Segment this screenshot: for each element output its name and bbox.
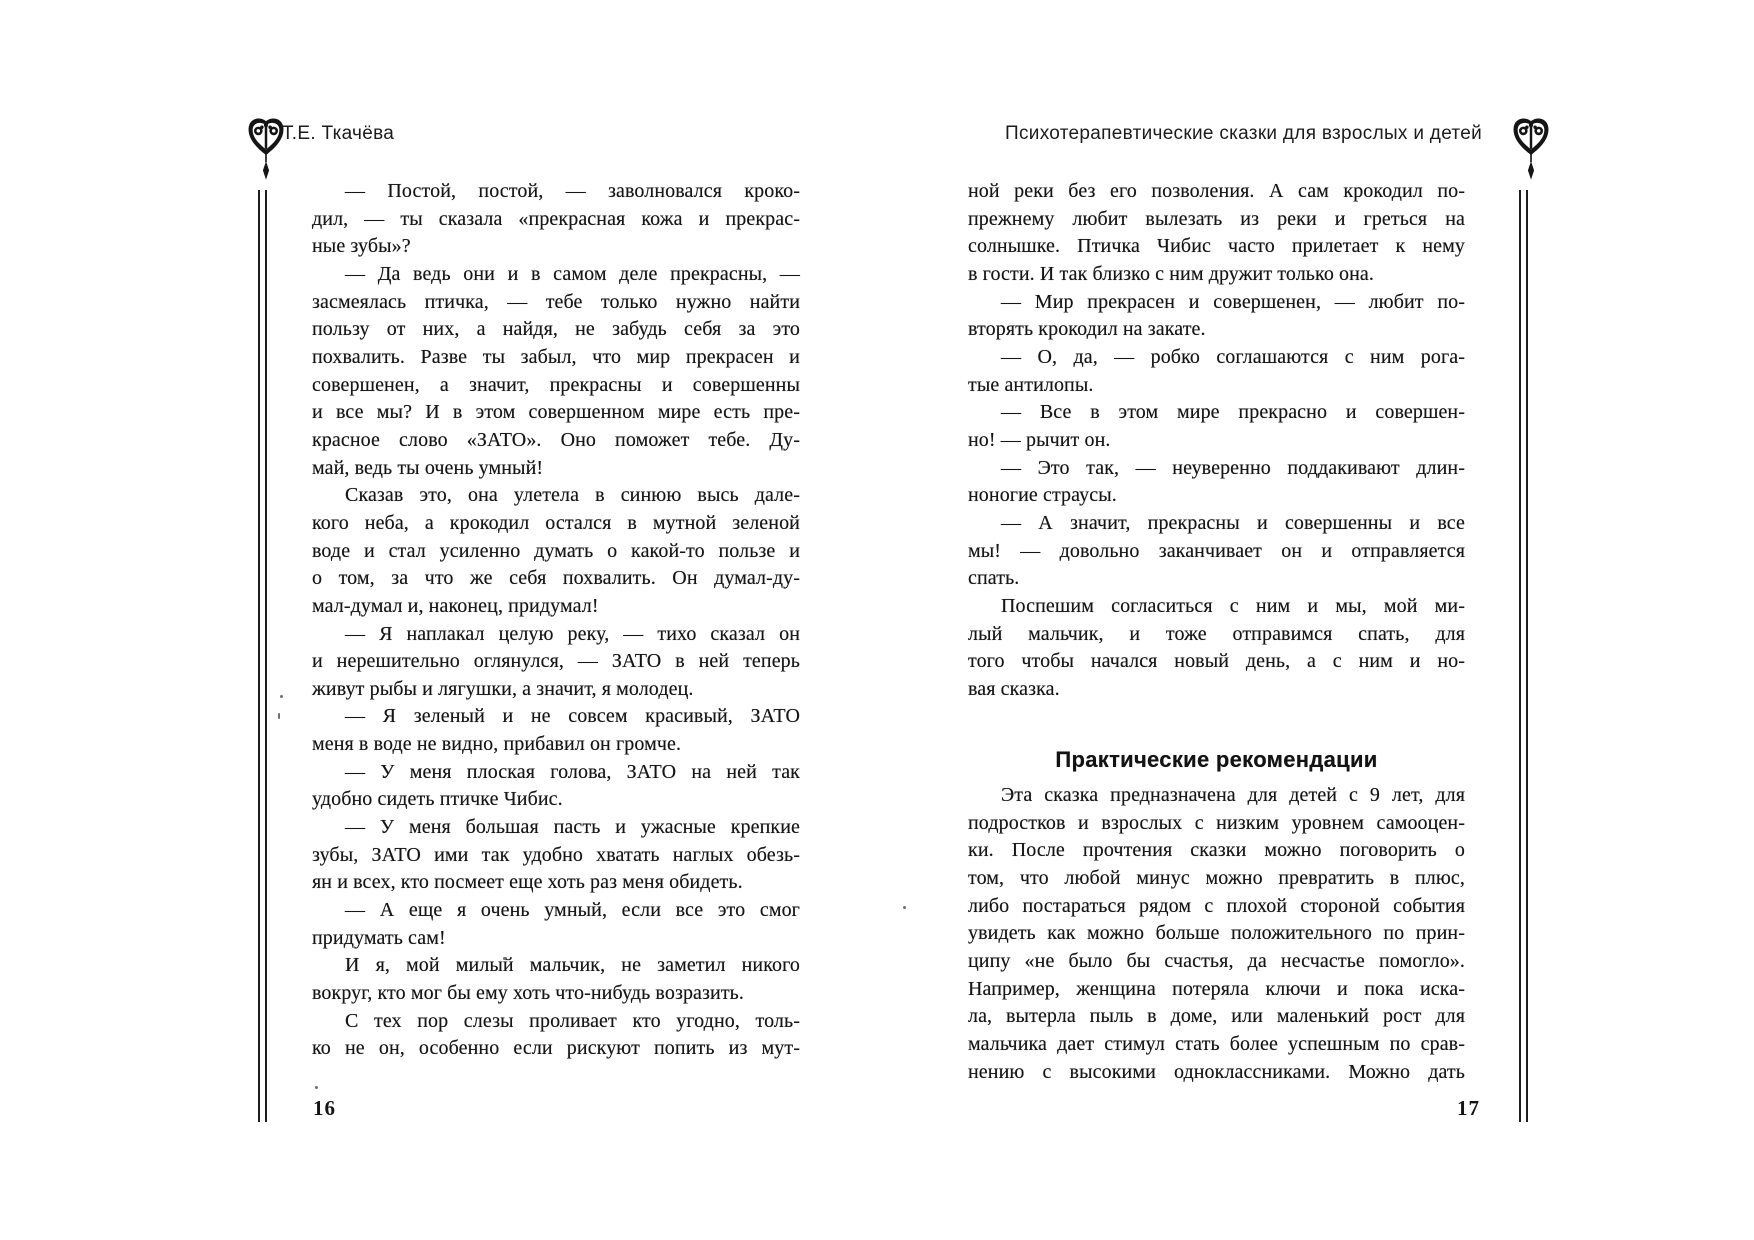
scan-speck (280, 695, 283, 698)
text-line: прежнему любит вылезать из реки и гретьс… (968, 206, 1465, 234)
text-line: май, ведь ты очень умный! (312, 455, 800, 483)
text-line: ной реки без его позволения. А сам кроко… (968, 178, 1465, 206)
text-line: вторять крокодил на закате. (968, 316, 1465, 344)
text-line: придумать сам! (312, 925, 800, 953)
text-line: красное слово «ЗАТО». Оно поможет тебе. … (312, 427, 800, 455)
left-running-header: Т.Е. Ткачёва (282, 123, 394, 145)
text-line: в гости. И так близко с ним дружит тольк… (968, 261, 1465, 289)
text-line: — Мир прекрасен и совершенен, — любит по… (968, 289, 1465, 317)
right-page-tale-body: ной реки без его позволения. А сам кроко… (968, 178, 1465, 703)
text-line: лый мальчик, и тоже отправимся спать, дл… (968, 621, 1465, 649)
text-line: — Это так, — неуверенно поддакивают длин… (968, 455, 1465, 483)
text-line: вая сказка. (968, 676, 1465, 704)
text-line: нению с высокими одноклассниками. Можно … (968, 1059, 1465, 1087)
text-line: ко не он, особенно если рискуют попить и… (312, 1035, 800, 1063)
text-line: зубы, ЗАТО ими так удобно хватать наглых… (312, 842, 800, 870)
text-line: С тех пор слезы проливает кто угодно, то… (312, 1008, 800, 1036)
text-line: вокруг, кто мог бы ему хоть что-нибудь в… (312, 980, 800, 1008)
text-line: ципу «не было бы счастья, да несчастье п… (968, 948, 1465, 976)
text-line: ки. После прочтения сказки можно поговор… (968, 837, 1465, 865)
text-line: И я, мой милый мальчик, не заметил никог… (312, 952, 800, 980)
text-line: живут рыбы и лягушки, а значит, я молоде… (312, 676, 800, 704)
text-line: ные зубы»? (312, 233, 800, 261)
text-line: — О, да, — робко соглашаются с ним рога- (968, 344, 1465, 372)
text-line: мальчика дает стимул стать более успешны… (968, 1031, 1465, 1059)
text-line: мы! — довольно заканчивает он и отправля… (968, 538, 1465, 566)
text-line: тые антилопы. (968, 372, 1465, 400)
text-line: Например, женщина потеряла ключи и пока … (968, 976, 1465, 1004)
text-line: — Да ведь они и в самом деле прекрасны, … (312, 261, 800, 289)
text-line: засмеялась птичка, — тебе только нужно н… (312, 289, 800, 317)
text-line: подростков и взрослых с низким уровнем с… (968, 810, 1465, 838)
text-line: Поспешим согласиться с ним и мы, мой ми- (968, 593, 1465, 621)
text-line: Эта сказка предназначена для детей с 9 л… (968, 782, 1465, 810)
right-running-header: Психотерапевтические сказки для взрослых… (1005, 123, 1482, 145)
text-line: либо постараться рядом с плохой стороной… (968, 893, 1465, 921)
text-line: меня в воде не видно, прибавил он громче… (312, 731, 800, 759)
text-line: о том, за что же себя похвалить. Он дума… (312, 565, 800, 593)
text-line: — Все в этом мире прекрасно и совершен- (968, 399, 1465, 427)
text-line: того чтобы начался новый день, а с ним и… (968, 648, 1465, 676)
text-line: — А значит, прекрасны и совершенны и все (968, 510, 1465, 538)
scan-speck (278, 713, 280, 719)
scan-speck (903, 906, 906, 909)
left-page-body: — Постой, постой, — заволновался кроко-д… (312, 178, 800, 1063)
text-line: дил, — ты сказала «прекрасная кожа и пре… (312, 206, 800, 234)
text-line: солнышке. Птичка Чибис часто прилетает к… (968, 233, 1465, 261)
text-line: том, что любой минус можно превратить в … (968, 865, 1465, 893)
text-line: пользу от них, а найдя, не забудь себя з… (312, 316, 800, 344)
text-line: ян и всех, кто посмеет еще хоть раз меня… (312, 869, 800, 897)
right-page-number: 17 (1457, 1096, 1480, 1121)
fleuron-icon (1510, 116, 1552, 192)
fleuron-icon (245, 116, 287, 192)
text-line: кого неба, а крокодил остался в мутной з… (312, 510, 800, 538)
text-line: — Я наплакал целую реку, — тихо сказал о… (312, 621, 800, 649)
text-line: и нерешительно оглянулся, — ЗАТО в ней т… (312, 648, 800, 676)
text-line: мал-думал и, наконец, придумал! (312, 593, 800, 621)
text-line: спать. (968, 565, 1465, 593)
scan-speck (503, 957, 506, 960)
text-line: — У меня большая пасть и ужасные крепкие (312, 814, 800, 842)
text-line: похвалить. Разве ты забыл, что мир прекр… (312, 344, 800, 372)
text-line: — У меня плоская голова, ЗАТО на ней так (312, 759, 800, 787)
text-line: ноногие страусы. (968, 482, 1465, 510)
right-double-rule (1519, 190, 1528, 1122)
text-line: ла, вытерла пыль в доме, или маленький р… (968, 1003, 1465, 1031)
text-line: но! — рычит он. (968, 427, 1465, 455)
text-line: — Постой, постой, — заволновался кроко- (312, 178, 800, 206)
scan-speck (315, 1086, 318, 1089)
text-line: увидеть как можно больше положительного … (968, 920, 1465, 948)
text-line: и все мы? И в этом совершенном мире есть… (312, 399, 800, 427)
book-spread: Т.Е. Ткачёва — Постой, постой, — заволно… (0, 0, 1754, 1240)
text-line: — Я зеленый и не совсем красивый, ЗАТО (312, 703, 800, 731)
right-page-recommendations-body: Эта сказка предназначена для детей с 9 л… (968, 782, 1465, 1086)
left-double-rule (258, 190, 267, 1122)
text-line: воде и стал усиленно думать о какой-то п… (312, 538, 800, 566)
text-line: удобно сидеть птичке Чибис. (312, 786, 800, 814)
text-line: — А еще я очень умный, если все это смог (312, 897, 800, 925)
text-line: совершенен, а значит, прекрасны и соверш… (312, 372, 800, 400)
text-line: Сказав это, она улетела в синюю высь дал… (312, 482, 800, 510)
section-heading: Практические рекомендации (968, 747, 1465, 773)
left-page-number: 16 (313, 1096, 336, 1121)
